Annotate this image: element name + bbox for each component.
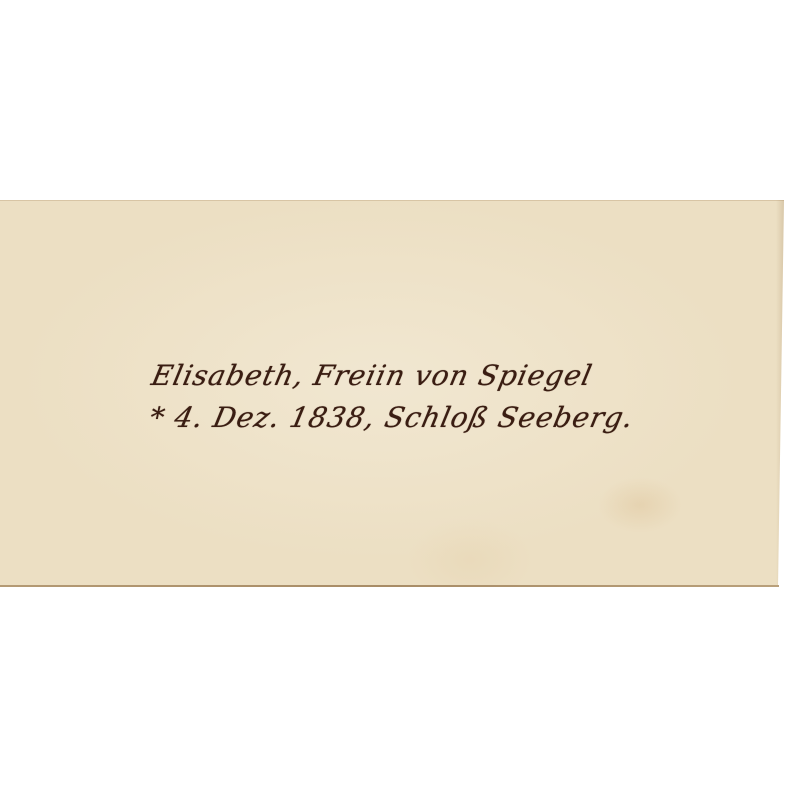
stage: Elisabeth, Freiin von Spiegel * 4. Dez. … (0, 0, 800, 800)
card-bottom-edge (0, 585, 779, 587)
inscription-birth-line: * 4. Dez. 1838, Schloß Seeberg. (146, 397, 715, 439)
inscription-name-line: Elisabeth, Freiin von Spiegel (146, 355, 715, 397)
card-right-edge (776, 200, 784, 587)
handwritten-inscription: Elisabeth, Freiin von Spiegel * 4. Dez. … (150, 355, 710, 439)
